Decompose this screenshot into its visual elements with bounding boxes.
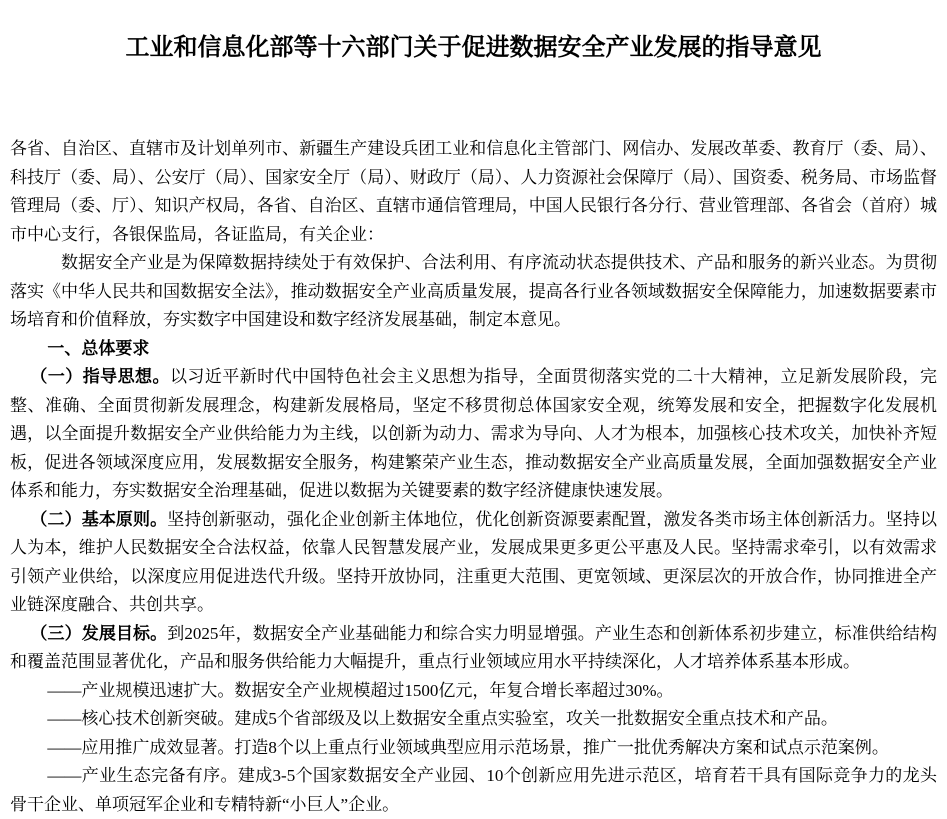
section-heading-overall-requirements: 一、总体要求 xyxy=(10,335,937,364)
goal-item-application-promotion: ——应用推广成效显著。打造8个以上重点行业领域典型应用示范场景，推广一批优秀解决… xyxy=(10,734,937,763)
goal-item-industry-scale: ——产业规模迅速扩大。数据安全产业规模超过1500亿元，年复合增长率超过30%。 xyxy=(10,677,937,706)
salutation-paragraph: 各省、自治区、直辖市及计划单列市、新疆生产建设兵团工业和信息化主管部门、网信办、… xyxy=(10,135,937,249)
intro-paragraph: 数据安全产业是为保障数据持续处于有效保护、合法利用、有序流动状态提供技术、产品和… xyxy=(10,249,937,335)
goal-item-core-technology: ——核心技术创新突破。建成5个省部级及以上数据安全重点实验室，攻关一批数据安全重… xyxy=(10,705,937,734)
subsection-basic-principles: （二）基本原则。坚持创新驱动，强化企业创新主体地位，优化创新资源要素配置，激发各… xyxy=(10,506,937,620)
subsection-basic-principles-lead: （二）基本原则。 xyxy=(30,510,167,529)
goal-item-industry-ecosystem: ——产业生态完备有序。建成3-5个国家数据安全产业园、10个创新应用先进示范区，… xyxy=(10,762,937,819)
document-page: 工业和信息化部等十六部门关于促进数据安全产业发展的指导意见 各省、自治区、直辖市… xyxy=(0,0,947,819)
subsection-guiding-ideology: （一）指导思想。以习近平新时代中国特色社会主义思想为指导，全面贯彻落实党的二十大… xyxy=(10,363,937,506)
subsection-guiding-ideology-text: 以习近平新时代中国特色社会主义思想为指导，全面贯彻落实党的二十大精神，立足新发展… xyxy=(10,367,937,500)
document-title: 工业和信息化部等十六部门关于促进数据安全产业发展的指导意见 xyxy=(40,33,907,63)
subsection-guiding-ideology-lead: （一）指导思想。 xyxy=(30,367,170,386)
subsection-development-goals-lead: （三）发展目标。 xyxy=(30,624,167,643)
subsection-development-goals: （三）发展目标。到2025年，数据安全产业基础能力和综合实力明显增强。产业生态和… xyxy=(10,620,937,677)
